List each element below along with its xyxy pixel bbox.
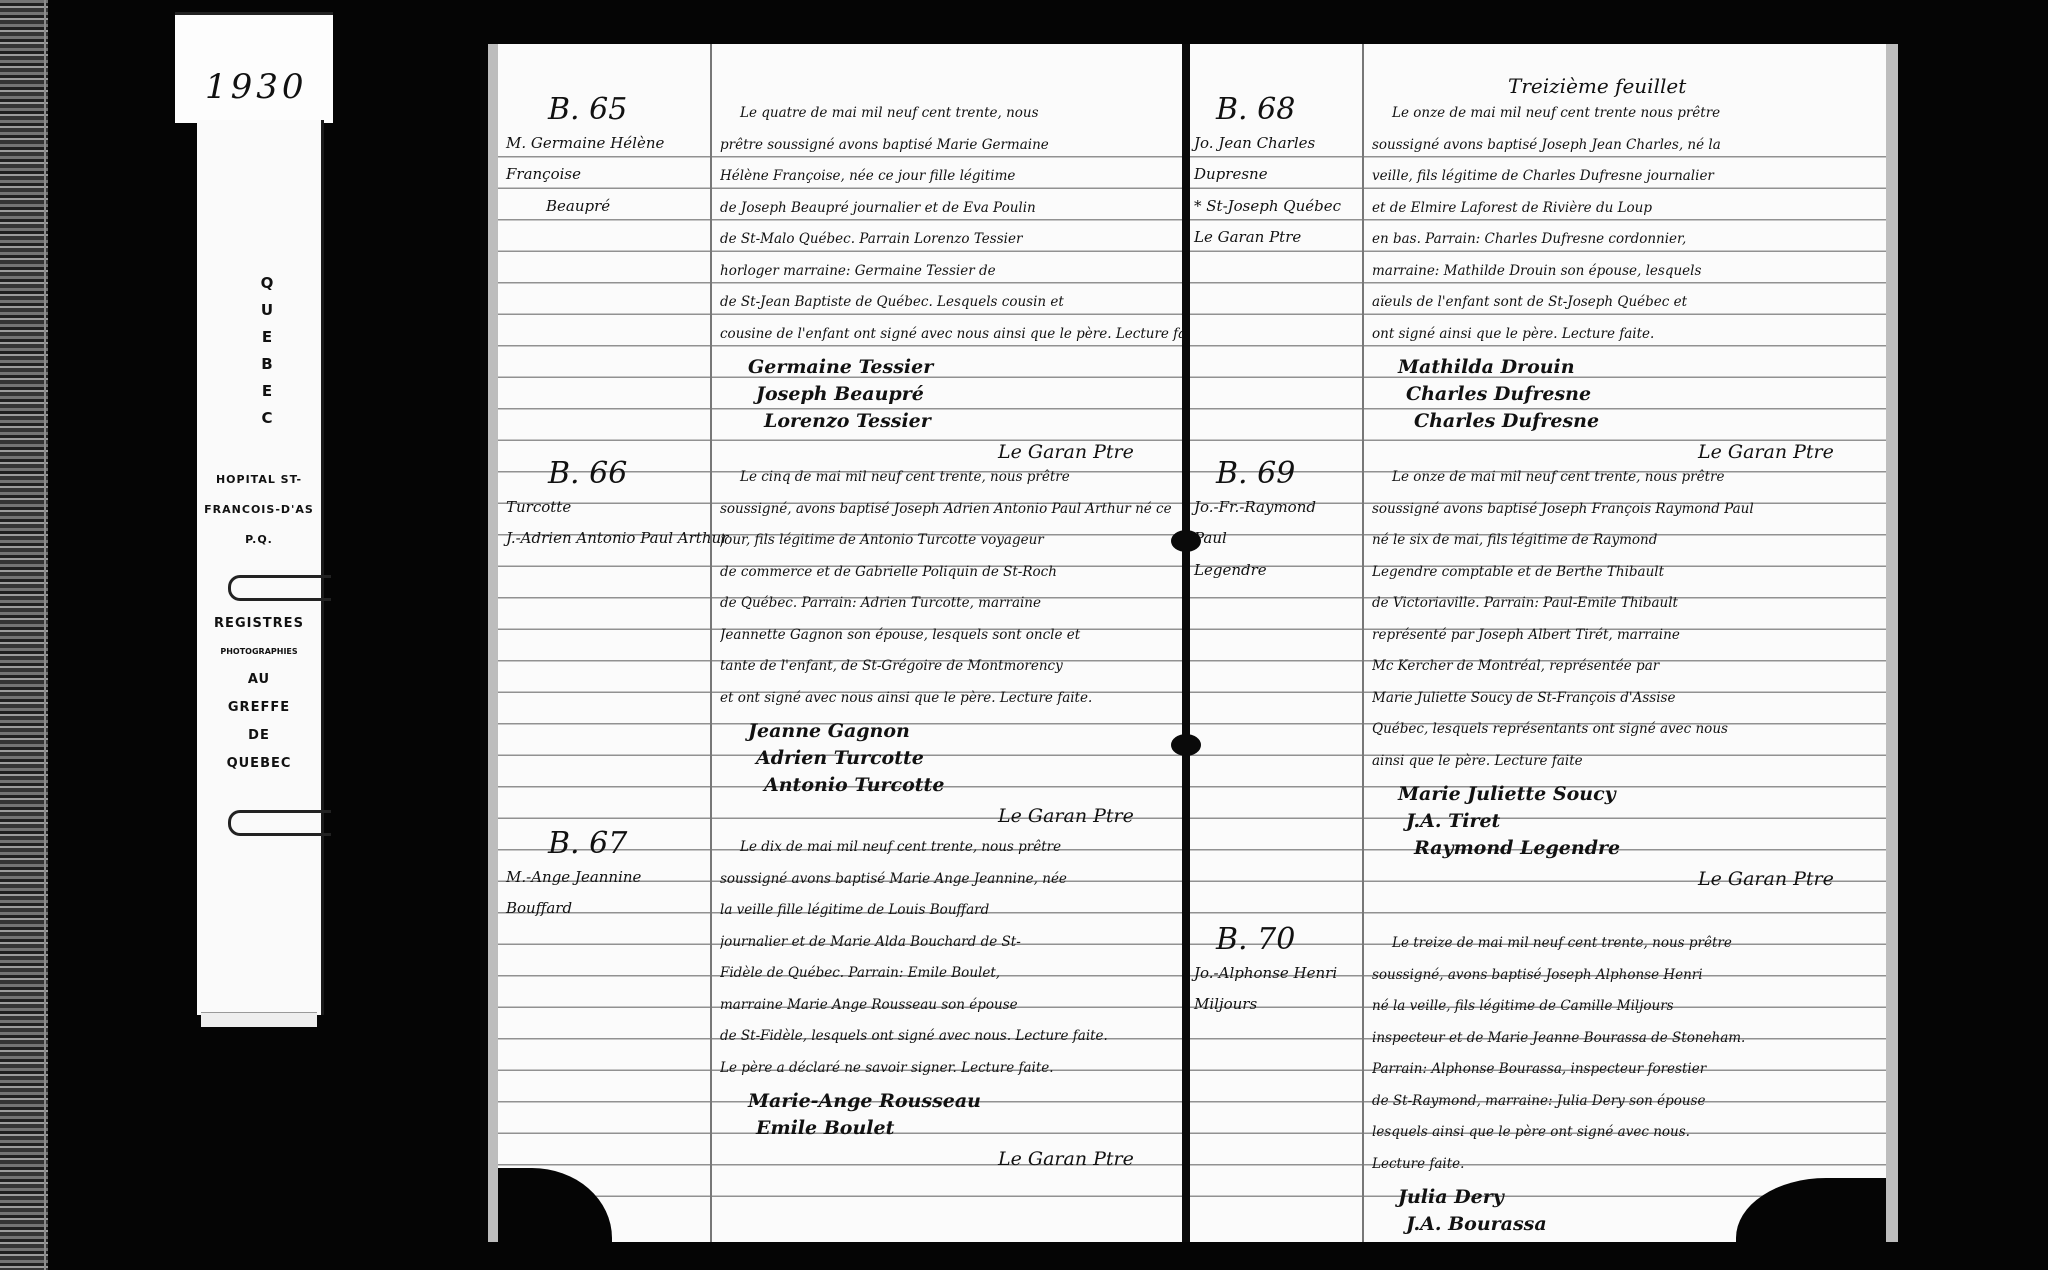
entry-text: Le dix de mai mil neuf cent trente, nous… bbox=[720, 832, 1185, 1084]
name-line: Le Garan Ptre bbox=[1194, 222, 1341, 254]
text-line: soussigné avons baptisé Marie Ange Jeann… bbox=[720, 864, 1185, 896]
child-name: Jo.-Alphonse HenriMiljours bbox=[1194, 958, 1337, 1021]
entry-number: B. 70 bbox=[1216, 922, 1295, 957]
margin-column-divider bbox=[710, 44, 712, 1242]
child-name: M. Germaine HélèneFrançoiseBeaupré bbox=[506, 128, 664, 223]
text-line: veille, fils légitime de Charles Dufresn… bbox=[1372, 161, 1842, 193]
name-line: Jo.-Alphonse Henri bbox=[1194, 958, 1337, 990]
right-page: Treizième feuillet B. 68Jo. Jean Charles… bbox=[1188, 44, 1898, 1242]
text-line: Le père a déclaré ne savoir signer. Lect… bbox=[720, 1053, 1185, 1085]
text-line: Marie Juliette Soucy de St-François d'As… bbox=[1372, 683, 1842, 715]
signature: Marie Juliette Soucy bbox=[1398, 781, 1620, 808]
binding-ring-icon bbox=[1171, 734, 1201, 756]
entry-number: B. 69 bbox=[1216, 456, 1295, 491]
name-line: Beaupré bbox=[506, 191, 664, 223]
name-line: Françoise bbox=[506, 159, 664, 191]
entry-text: Le onze de mai mil neuf cent trente nous… bbox=[1372, 98, 1842, 350]
name-line: Jo. Jean Charles bbox=[1194, 128, 1341, 160]
book-spine bbox=[1182, 44, 1190, 1242]
name-line: * St-Joseph Québec bbox=[1194, 191, 1341, 223]
entry-number: B. 67 bbox=[548, 826, 627, 861]
letter: E bbox=[257, 378, 277, 405]
entry-text: Le quatre de mai mil neuf cent trente, n… bbox=[720, 98, 1185, 350]
text-line: Fidèle de Québec. Parrain: Emile Boulet, bbox=[720, 958, 1185, 990]
text-line: soussigné avons baptisé Joseph Jean Char… bbox=[1372, 130, 1842, 162]
signature: Germaine Tessier bbox=[748, 354, 933, 381]
signature: Raymond Legendre bbox=[1398, 835, 1620, 862]
text-line: soussigné, avons baptisé Joseph Adrien A… bbox=[720, 494, 1185, 526]
signatures: Marie-Ange RousseauEmile Boulet bbox=[748, 1088, 981, 1142]
name-line: M. Germaine Hélène bbox=[506, 128, 664, 160]
province-letters: Q U E B E C bbox=[257, 270, 277, 432]
text-line: et ont signé avec nous ainsi que le père… bbox=[720, 683, 1185, 715]
paper-clip-icon bbox=[228, 575, 331, 601]
year-label: 1930 bbox=[205, 67, 308, 107]
film-edge bbox=[0, 0, 48, 1270]
signature: Antonio Turcotte bbox=[748, 772, 944, 799]
signature: Joseph Beaupré bbox=[748, 381, 933, 408]
signature: Lorenzo Tessier bbox=[748, 408, 933, 435]
text-line: journalier et de Marie Alda Bouchard de … bbox=[720, 927, 1185, 959]
registry-line: DE bbox=[197, 722, 321, 750]
signature: Julia Dery bbox=[1398, 1184, 1547, 1211]
name-line: Bouffard bbox=[506, 893, 641, 925]
register-book: B. 65M. Germaine HélèneFrançoiseBeaupréL… bbox=[488, 44, 1898, 1242]
letter: U bbox=[257, 297, 277, 324]
entry-text: Le onze de mai mil neuf cent trente, nou… bbox=[1372, 462, 1842, 777]
text-line: Le quatre de mai mil neuf cent trente, n… bbox=[720, 98, 1185, 130]
hospital-line: HOPITAL ST- bbox=[197, 465, 321, 495]
label-stack-edge bbox=[201, 1012, 317, 1027]
signature: Emile Boulet bbox=[748, 1115, 981, 1142]
archive-label-strip: Q U E B E C HOPITAL ST- FRANCOIS-D'AS P.… bbox=[197, 120, 324, 1015]
text-line: Le onze de mai mil neuf cent trente, nou… bbox=[1372, 462, 1842, 494]
registry-line: PHOTOGRAPHIES bbox=[197, 638, 321, 666]
hospital-line: FRANCOIS-D'AS bbox=[197, 495, 321, 525]
text-line: Le treize de mai mil neuf cent trente, n… bbox=[1372, 928, 1842, 960]
text-line: et de Elmire Laforest de Rivière du Loup bbox=[1372, 193, 1842, 225]
text-line: représenté par Joseph Albert Tirét, marr… bbox=[1372, 620, 1842, 652]
text-line: aïeuls de l'enfant sont de St-Joseph Qué… bbox=[1372, 287, 1842, 319]
binding-ring-icon bbox=[1171, 530, 1201, 552]
priest-signature: Le Garan Ptre bbox=[1698, 868, 1834, 890]
name-line: Turcotte bbox=[506, 492, 728, 524]
text-line: Mc Kercher de Montréal, représentée par bbox=[1372, 651, 1842, 683]
entry-number: B. 68 bbox=[1216, 92, 1295, 127]
signature: Charles Dufresne bbox=[1398, 381, 1599, 408]
priest-signature: Le Garan Ptre bbox=[998, 805, 1134, 827]
signatures: Mathilda DrouinCharles DufresneCharles D… bbox=[1398, 354, 1599, 435]
text-line: né le six de mai, fils légitime de Raymo… bbox=[1372, 525, 1842, 557]
letter: Q bbox=[257, 270, 277, 297]
registry-line: GREFFE bbox=[197, 694, 321, 722]
hospital-name: HOPITAL ST- FRANCOIS-D'AS P.Q. bbox=[197, 465, 321, 555]
text-line: Le dix de mai mil neuf cent trente, nous… bbox=[720, 832, 1185, 864]
text-line: de Québec. Parrain: Adrien Turcotte, mar… bbox=[720, 588, 1185, 620]
text-line: ainsi que le père. Lecture faite bbox=[1372, 746, 1842, 778]
hospital-line: P.Q. bbox=[197, 525, 321, 555]
entry-text: Le cinq de mai mil neuf cent trente, nou… bbox=[720, 462, 1185, 714]
text-line: cousine de l'enfant ont signé avec nous … bbox=[720, 319, 1185, 351]
text-line: soussigné avons baptisé Joseph François … bbox=[1372, 494, 1842, 526]
name-line: M.-Ange Jeannine bbox=[506, 862, 641, 894]
text-line: inspecteur et de Marie Jeanne Bourassa d… bbox=[1372, 1023, 1842, 1055]
margin-column-divider bbox=[1362, 44, 1364, 1242]
child-name: TurcotteJ.-Adrien Antonio Paul Arthur bbox=[506, 492, 728, 555]
text-line: Le cinq de mai mil neuf cent trente, nou… bbox=[720, 462, 1185, 494]
text-line: Lecture faite. bbox=[1372, 1149, 1842, 1181]
text-line: Jeannette Gagnon son épouse, lesquels so… bbox=[720, 620, 1185, 652]
text-line: la veille fille légitime de Louis Bouffa… bbox=[720, 895, 1185, 927]
text-line: lesquels ainsi que le père ont signé ave… bbox=[1372, 1117, 1842, 1149]
registry-line: QUEBEC bbox=[197, 750, 321, 778]
priest-signature: Le Garan Ptre bbox=[998, 441, 1134, 463]
text-line: marraine: Mathilde Drouin son épouse, le… bbox=[1372, 256, 1842, 288]
signature: J.A. Tiret bbox=[1398, 808, 1620, 835]
name-line: Paul bbox=[1194, 523, 1316, 555]
text-line: marraine Marie Ange Rousseau son épouse bbox=[720, 990, 1185, 1022]
letter: C bbox=[257, 405, 277, 432]
text-line: de Joseph Beaupré journalier et de Eva P… bbox=[720, 193, 1185, 225]
text-line: de St-Raymond, marraine: Julia Dery son … bbox=[1372, 1086, 1842, 1118]
child-name: Jo.-Fr.-RaymondPaulLegendre bbox=[1194, 492, 1316, 587]
name-line: Dupresne bbox=[1194, 159, 1341, 191]
signatures: Germaine TessierJoseph BeaupréLorenzo Te… bbox=[748, 354, 933, 435]
entry-number: B. 65 bbox=[548, 92, 627, 127]
text-line: soussigné, avons baptisé Joseph Alphonse… bbox=[1372, 960, 1842, 992]
text-line: ont signé ainsi que le père. Lecture fai… bbox=[1372, 319, 1842, 351]
text-line: de St-Malo Québec. Parrain Lorenzo Tessi… bbox=[720, 224, 1185, 256]
paper-clip-icon bbox=[228, 810, 331, 836]
text-line: Québec, lesquels représentants ont signé… bbox=[1372, 714, 1842, 746]
text-line: Hélène Françoise, née ce jour fille légi… bbox=[720, 161, 1185, 193]
text-line: Le onze de mai mil neuf cent trente nous… bbox=[1372, 98, 1842, 130]
priest-signature: Le Garan Ptre bbox=[998, 1148, 1134, 1170]
text-line: de Victoriaville. Parrain: Paul-Emile Th… bbox=[1372, 588, 1842, 620]
text-line: de St-Fidèle, lesquels ont signé avec no… bbox=[720, 1021, 1185, 1053]
text-line: Legendre comptable et de Berthe Thibault bbox=[1372, 557, 1842, 589]
signature: J.A. Bourassa bbox=[1398, 1211, 1547, 1238]
name-line: J.-Adrien Antonio Paul Arthur bbox=[506, 523, 728, 555]
name-line: Legendre bbox=[1194, 555, 1316, 587]
signatures: Jeanne GagnonAdrien TurcotteAntonio Turc… bbox=[748, 718, 944, 799]
text-line: de St-Jean Baptiste de Québec. Lesquels … bbox=[720, 287, 1185, 319]
signature: Mathilda Drouin bbox=[1398, 354, 1599, 381]
text-line: né la veille, fils légitime de Camille M… bbox=[1372, 991, 1842, 1023]
text-line: tante de l'enfant, de St-Grégoire de Mon… bbox=[720, 651, 1185, 683]
text-line: de commerce et de Gabrielle Poliquin de … bbox=[720, 557, 1185, 589]
letter: B bbox=[257, 351, 277, 378]
registry-line: AU bbox=[197, 666, 321, 694]
letter: E bbox=[257, 324, 277, 351]
entry-number: B. 66 bbox=[548, 456, 627, 491]
name-line: Miljours bbox=[1194, 989, 1337, 1021]
folio-heading: Treizième feuillet bbox=[1508, 74, 1686, 98]
entry-text: Le treize de mai mil neuf cent trente, n… bbox=[1372, 928, 1842, 1180]
registry-note: REGISTRES PHOTOGRAPHIES AU GREFFE DE QUE… bbox=[197, 610, 321, 778]
text-line: Parrain: Alphonse Bourassa, inspecteur f… bbox=[1372, 1054, 1842, 1086]
child-name: Jo. Jean CharlesDupresne* St-Joseph Québ… bbox=[1194, 128, 1341, 254]
text-line: jour, fils légitime de Antonio Turcotte … bbox=[720, 525, 1185, 557]
signatures: Marie Juliette SoucyJ.A. TiretRaymond Le… bbox=[1398, 781, 1620, 862]
name-line: Jo.-Fr.-Raymond bbox=[1194, 492, 1316, 524]
priest-signature: Le Garan Ptre bbox=[1698, 441, 1834, 463]
left-page: B. 65M. Germaine HélèneFrançoiseBeaupréL… bbox=[488, 44, 1185, 1242]
text-line: horloger marraine: Germaine Tessier de bbox=[720, 256, 1185, 288]
text-line: en bas. Parrain: Charles Dufresne cordon… bbox=[1372, 224, 1842, 256]
signature: Adrien Turcotte bbox=[748, 745, 944, 772]
text-line: prêtre soussigné avons baptisé Marie Ger… bbox=[720, 130, 1185, 162]
child-name: M.-Ange JeannineBouffard bbox=[506, 862, 641, 925]
signature: Jeanne Gagnon bbox=[748, 718, 944, 745]
signature: Charles Dufresne bbox=[1398, 408, 1599, 435]
year-tag: 1930 bbox=[175, 12, 333, 123]
signatures: Julia DeryJ.A. Bourassa bbox=[1398, 1184, 1547, 1238]
signature: Marie-Ange Rousseau bbox=[748, 1088, 981, 1115]
registry-line: REGISTRES bbox=[197, 610, 321, 638]
